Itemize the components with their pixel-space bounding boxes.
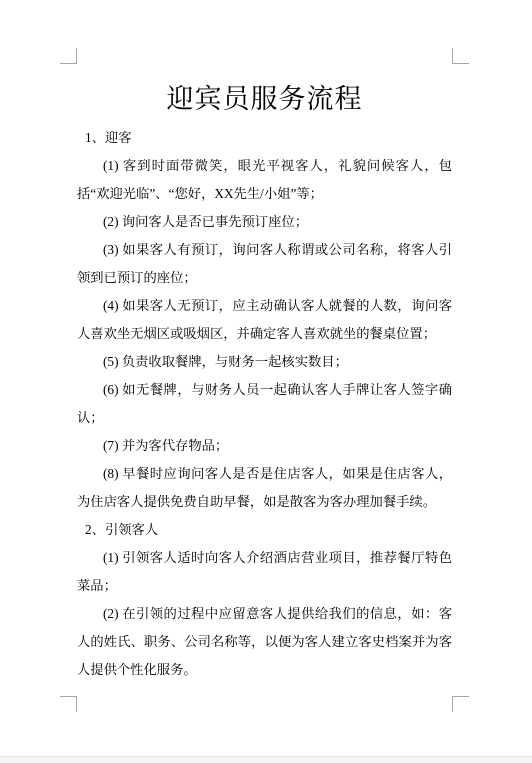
section-2-item-1: (1) 引领客人适时向客人介绍酒店营业项目，推荐餐厅特色菜品； bbox=[77, 544, 452, 600]
section-2-item-2: (2) 在引领的过程中应留意客人提供给我们的信息，如：客人的姓氏、职务、公司名称… bbox=[77, 600, 452, 684]
margin-crop-mark-top-right-icon bbox=[452, 48, 469, 64]
section-1-item-4: (4) 如果客人无预订，应主动确认客人就餐的人数，询问客人喜欢坐无烟区或吸烟区，… bbox=[77, 292, 452, 348]
section-1-item-7: (7) 并为客代存物品； bbox=[77, 432, 452, 460]
section-1-item-5: (5) 负责收取餐牌，与财务一起核实数目； bbox=[77, 348, 452, 376]
section-2-heading: 2、引领客人 bbox=[77, 516, 452, 544]
margin-crop-mark-top-left-icon bbox=[60, 48, 77, 64]
document-title: 迎宾员服务流程 bbox=[77, 82, 452, 116]
document-content: 迎宾员服务流程 1、迎客 (1) 客到时面带微笑，眼光平视客人，礼貌问候客人，包… bbox=[77, 64, 452, 684]
section-1-item-2: (2) 询问客人是否已事先预订座位； bbox=[77, 208, 452, 236]
margin-crop-mark-bottom-left-icon bbox=[60, 696, 77, 712]
margin-crop-mark-bottom-right-icon bbox=[452, 696, 469, 712]
section-1-heading: 1、迎客 bbox=[77, 124, 452, 152]
window-bottom-edge bbox=[0, 756, 532, 763]
section-1-item-3: (3) 如果客人有预订，询问客人称谓或公司名称，将客人引领到已预订的座位； bbox=[77, 236, 452, 292]
section-1-item-8: (8) 早餐时应询问客人是否是住店客人，如果是住店客人，为住店客人提供免费自助早… bbox=[77, 460, 452, 516]
section-1-item-6: (6) 如无餐牌，与财务人员一起确认客人手牌让客人签字确认； bbox=[77, 376, 452, 432]
section-1-item-1: (1) 客到时面带微笑，眼光平视客人，礼貌问候客人，包括“欢迎光临”、“您好，X… bbox=[77, 152, 452, 208]
document-page: 迎宾员服务流程 1、迎客 (1) 客到时面带微笑，眼光平视客人，礼貌问候客人，包… bbox=[0, 0, 532, 763]
